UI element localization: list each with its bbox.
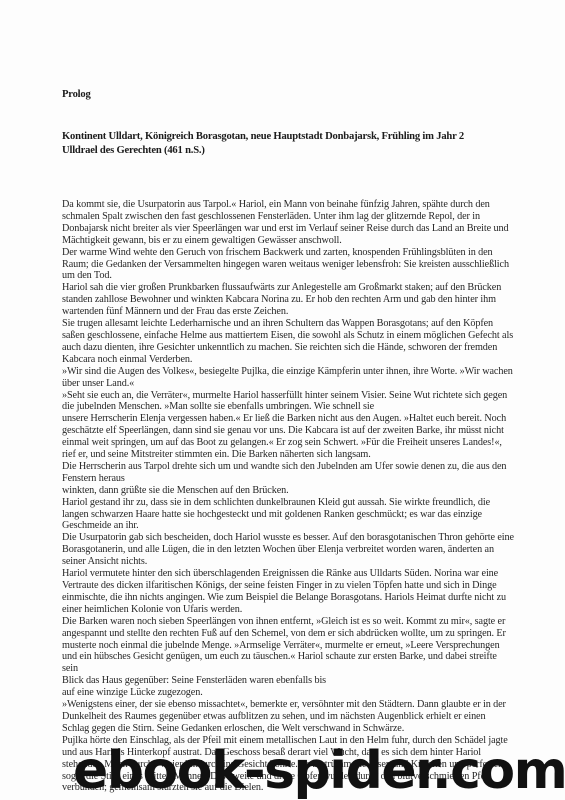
paragraph: Die Herrscherin aus Tarpol drehte sich u… <box>62 461 514 497</box>
paragraph: Hariol sah die vier großen Prunkbarken f… <box>62 282 514 318</box>
paragraph: »Wenigstens einer, der sie ebenso missac… <box>62 699 514 735</box>
ebook-page: { "document": { "heading": { "title": "P… <box>0 0 565 800</box>
paragraph: »Wir sind die Augen des Volkes«, besiege… <box>62 366 514 390</box>
chapter-title: Prolog <box>62 88 514 102</box>
paragraph: Hariol gestand ihr zu, dass sie in dem s… <box>62 497 514 533</box>
paragraph: Die Usurpatorin gab sich bescheiden, doc… <box>62 532 514 568</box>
paragraph: Da kommt sie, die Usurpatorin aus Tarpol… <box>62 199 514 247</box>
paragraph: »Seht sie euch an, die Verräter«, murmel… <box>62 390 514 461</box>
paragraph: Sie trugen allesamt leichte Lederharnisc… <box>62 318 514 366</box>
paragraph: Hariol vermutete hinter den sich übersch… <box>62 568 514 616</box>
text-column: Prolog Kontinent Ulldart, Königreich Bor… <box>62 60 514 794</box>
paragraph: Der warme Wind wehte den Geruch von fris… <box>62 247 514 283</box>
chapter-heading: Prolog Kontinent Ulldart, Königreich Bor… <box>62 60 514 186</box>
watermark-text: ebook-spider.com <box>73 745 565 797</box>
paragraph: Die Barken waren noch sieben Speerlängen… <box>62 616 514 699</box>
chapter-subtitle: Kontinent Ulldart, Königreich Borasgotan… <box>62 130 514 158</box>
